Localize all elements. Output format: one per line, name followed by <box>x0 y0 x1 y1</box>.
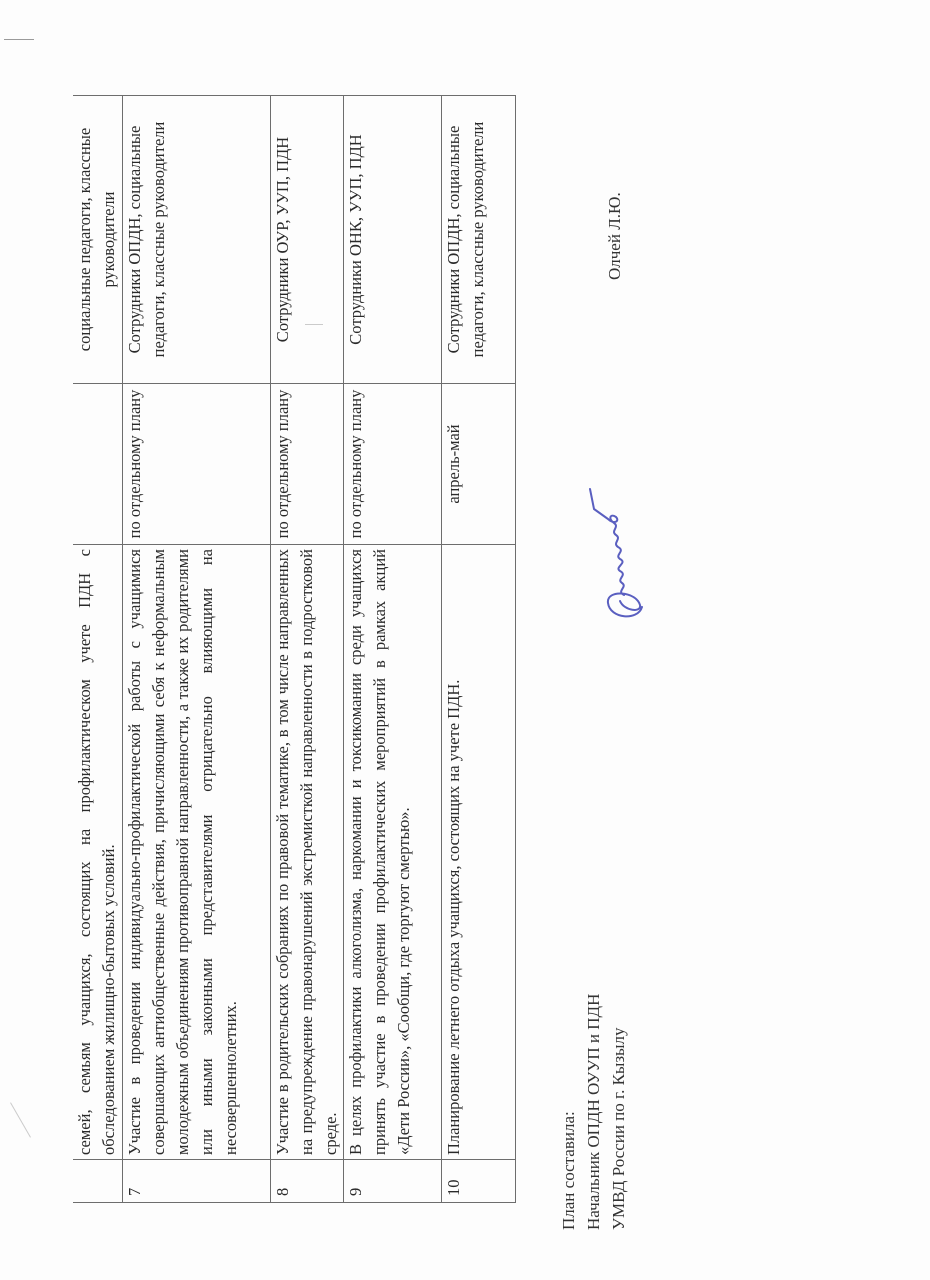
table-row: семей, семьям учащихся, состоящих на про… <box>73 96 122 1203</box>
row-number: 8 <box>270 1160 343 1203</box>
row-number: 9 <box>343 1160 441 1203</box>
row-description: Участие в проведении индивидуально-профи… <box>122 545 270 1160</box>
table-row: 8 Участие в родительских собраниях по пр… <box>270 96 343 1203</box>
row-responsible: социальные педагоги, классные руководите… <box>73 96 122 384</box>
signer-organization: УМВД России по г. Кызылу <box>606 994 631 1230</box>
row-responsible: Сотрудники ОПДН, социальные педагоги, кл… <box>122 96 270 384</box>
row-responsible: Сотрудники ОУР, УУП, ПДН <box>270 96 343 384</box>
row-period <box>73 384 122 545</box>
table-row: 7 Участие в проведении индивидуально-про… <box>122 96 270 1203</box>
composed-by-label: План составила: <box>556 994 581 1230</box>
row-number <box>73 1160 122 1203</box>
row-period: апрель-май <box>441 384 515 545</box>
signature-block: План составила: Начальник ОПДН ОУУП и ПД… <box>556 994 631 1230</box>
row-period: по отдельному плану <box>122 384 270 545</box>
row-period: по отдельному плану <box>343 384 441 545</box>
signer-name: Олчей Л.Ю. <box>605 192 625 280</box>
row-responsible: Сотрудники ОНК, УУП, ПДН <box>343 96 441 384</box>
row-description: Участие в родительских собраниях по прав… <box>270 545 343 1160</box>
document-page: семей, семьям учащихся, состоящих на про… <box>0 0 930 1280</box>
plan-table: семей, семьям учащихся, состоящих на про… <box>73 95 516 1203</box>
scan-artifact <box>4 39 34 40</box>
scan-artifact <box>305 324 323 325</box>
row-number: 10 <box>441 1160 515 1203</box>
signer-position: Начальник ОПДН ОУУП и ПДН <box>581 994 606 1230</box>
handwritten-signature-icon <box>580 475 660 625</box>
table-row: 10 Планирование летнего отдыха учащихся,… <box>441 96 515 1203</box>
table-row: 9 В целях профилактики алкоголизма, нарк… <box>343 96 441 1203</box>
row-responsible: Сотрудники ОПДН, социальные педагоги, кл… <box>441 96 515 384</box>
row-period: по отдельному плану <box>270 384 343 545</box>
scan-artifact <box>10 1102 31 1137</box>
row-description: семей, семьям учащихся, состоящих на про… <box>73 545 122 1160</box>
row-description: Планирование летнего отдыха учащихся, со… <box>441 545 515 1160</box>
row-description: В целях профилактики алкоголизма, нарком… <box>343 545 441 1160</box>
row-number: 7 <box>122 1160 270 1203</box>
